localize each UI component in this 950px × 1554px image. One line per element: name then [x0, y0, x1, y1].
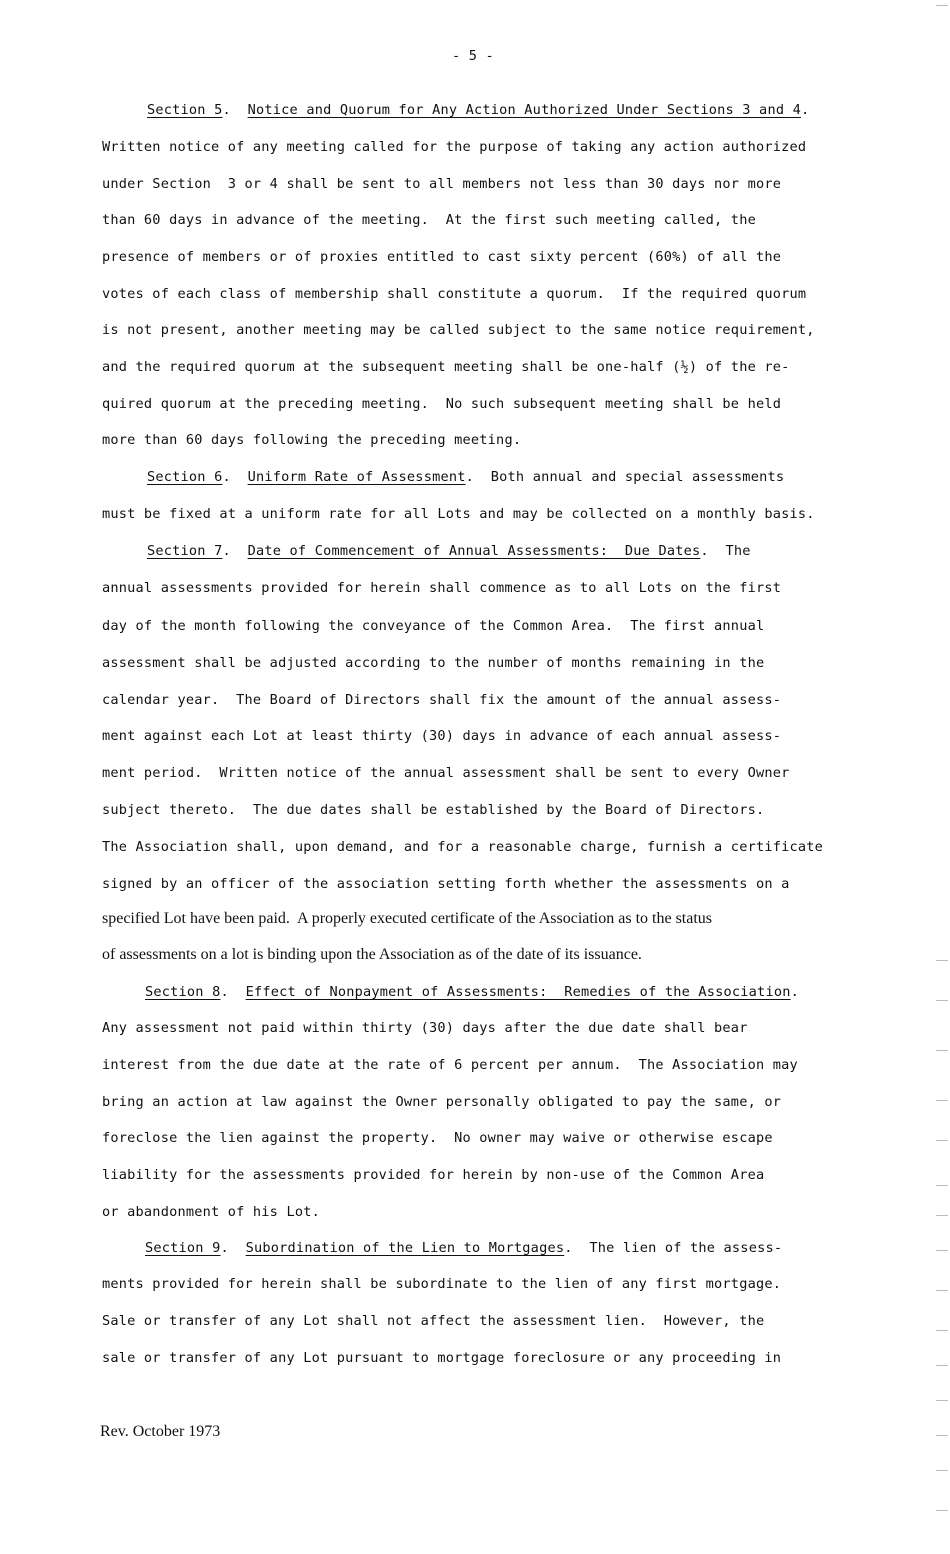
section-7-heading: Section 7. Date of Commencement of Annua… — [147, 543, 751, 559]
text-line: interest from the due date at the rate o… — [102, 1057, 798, 1073]
text-line: Written notice of any meeting called for… — [102, 139, 806, 155]
text-line: than 60 days in advance of the meeting. … — [102, 212, 756, 228]
margin-mark — [936, 960, 948, 961]
text-line: under Section 3 or 4 shall be sent to al… — [102, 176, 781, 192]
text-line: The Association shall, upon demand, and … — [102, 839, 823, 855]
margin-mark — [936, 1400, 948, 1401]
margin-mark — [936, 1250, 948, 1251]
text-line: ment period. Written notice of the annua… — [102, 765, 790, 781]
margin-mark — [936, 1140, 948, 1141]
margin-mark — [936, 1185, 948, 1186]
margin-mark — [936, 1330, 948, 1331]
text-line: signed by an officer of the association … — [102, 876, 790, 892]
text-line: calendar year. The Board of Directors sh… — [102, 692, 781, 708]
margin-mark — [936, 1435, 948, 1436]
section-8-heading: Section 8. Effect of Nonpayment of Asses… — [145, 984, 799, 1000]
text-line: assessment shall be adjusted according t… — [102, 655, 764, 671]
page-number: - 5 - — [452, 48, 494, 64]
text-line: presence of members or of proxies entitl… — [102, 249, 781, 265]
text-line: ment against each Lot at least thirty (3… — [102, 728, 781, 744]
margin-mark — [936, 1100, 948, 1101]
text-line: votes of each class of membership shall … — [102, 286, 806, 302]
text-line: and the required quorum at the subsequen… — [102, 359, 790, 375]
text-line: subject thereto. The due dates shall be … — [102, 802, 764, 818]
text-line: sale or transfer of any Lot pursuant to … — [102, 1350, 781, 1366]
section-5-heading: Section 5. Notice and Quorum for Any Act… — [147, 102, 809, 118]
text-line: Any assessment not paid within thirty (3… — [102, 1020, 748, 1036]
margin-mark — [936, 1510, 948, 1511]
text-line: liability for the assessments provided f… — [102, 1167, 764, 1183]
text-line: is not present, another meeting may be c… — [102, 322, 815, 338]
margin-mark — [936, 1365, 948, 1366]
text-line: Sale or transfer of any Lot shall not af… — [102, 1313, 764, 1329]
revision-footer: Rev. October 1973 — [100, 1423, 220, 1441]
text-line: or abandonment of his Lot. — [102, 1204, 320, 1220]
margin-mark — [936, 5, 948, 6]
section-9-heading: Section 9. Subordination of the Lien to … — [145, 1240, 782, 1256]
text-line: specified Lot have been paid. A properly… — [102, 910, 712, 928]
text-line: quired quorum at the preceding meeting. … — [102, 396, 781, 412]
text-line: annual assessments provided for herein s… — [102, 580, 781, 596]
text-line: ments provided for herein shall be subor… — [102, 1276, 781, 1292]
text-line: day of the month following the conveyanc… — [102, 618, 764, 634]
document-page: - 5 - Section 5. Notice and Quorum for A… — [0, 0, 950, 1554]
text-line: must be fixed at a uniform rate for all … — [102, 506, 815, 522]
text-line: foreclose the lien against the property.… — [102, 1130, 773, 1146]
section-6-heading: Section 6. Uniform Rate of Assessment. B… — [147, 469, 784, 485]
margin-mark — [936, 1215, 948, 1216]
margin-mark — [936, 1050, 948, 1051]
margin-mark — [936, 1290, 948, 1291]
text-line: bring an action at law against the Owner… — [102, 1094, 781, 1110]
text-line: of assessments on a lot is binding upon … — [102, 946, 642, 964]
margin-mark — [936, 1470, 948, 1471]
margin-mark — [936, 1000, 948, 1001]
text-line: more than 60 days following the precedin… — [102, 432, 521, 448]
